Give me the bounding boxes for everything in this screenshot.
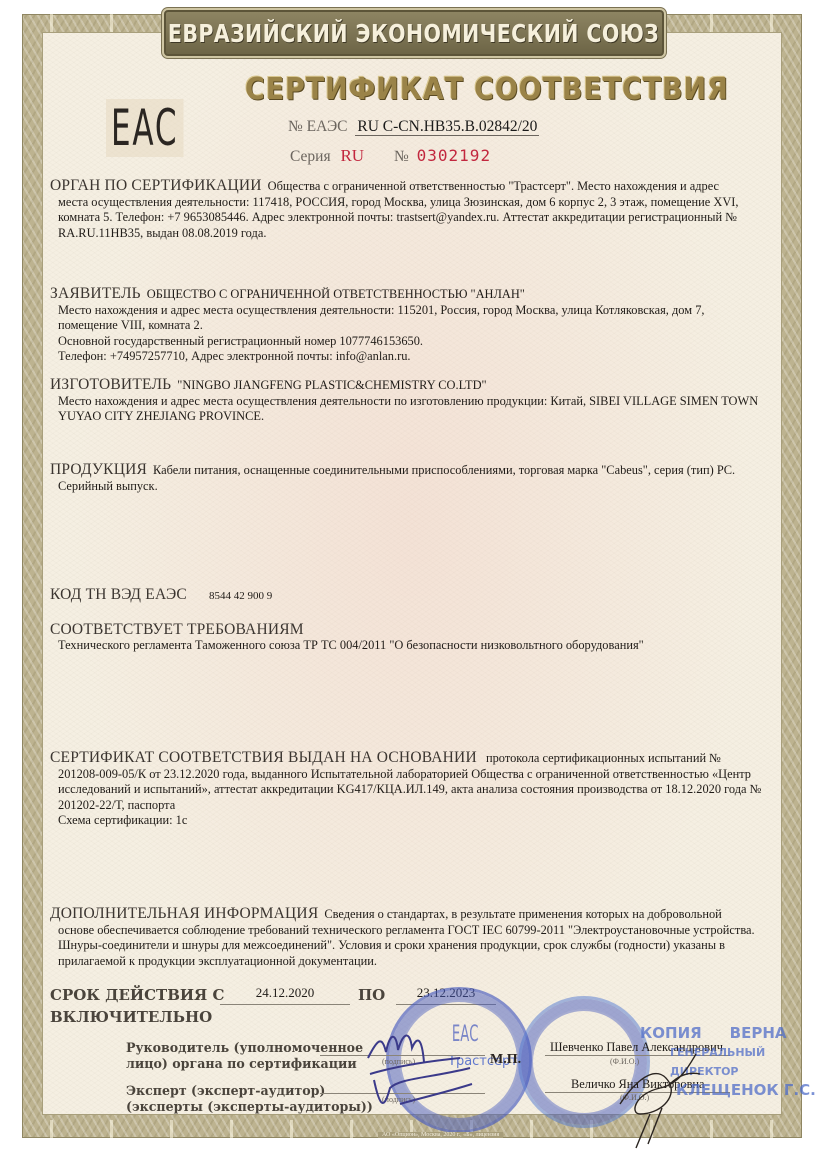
product-production: Серийный выпуск. bbox=[50, 479, 762, 495]
certification-body-text: места осуществления деятельности: 117418… bbox=[50, 195, 762, 242]
applicant-section: ЗАЯВИТЕЛЬОБЩЕСТВО С ОГРАНИЧЕННОЙ ОТВЕТСТ… bbox=[50, 286, 762, 365]
additional-info-section: ДОПОЛНИТЕЛЬНАЯ ИНФОРМАЦИЯСведения о стан… bbox=[50, 906, 762, 969]
head-signature-icon bbox=[360, 1018, 480, 1118]
eac-logo-icon: EAC bbox=[106, 99, 183, 157]
additional-info-text: основе обеспечивается соблюдение требова… bbox=[50, 923, 762, 970]
expert-label-line-2: (эксперты (эксперты-аудиторы)) bbox=[126, 1099, 373, 1115]
union-banner: ЕВРАЗИЙСКИЙ ЭКОНОМИЧЕСКИЙ СОЮЗ bbox=[164, 10, 664, 56]
applicant-ogrn: Основной государственный регистрационный… bbox=[50, 334, 762, 350]
head-label-line-1: Руководитель (уполномоченное bbox=[126, 1040, 373, 1056]
requirements-section: СООТВЕТСТВУЕТ ТРЕБОВАНИЯМ Технического р… bbox=[50, 622, 762, 653]
applicant-contacts: Телефон: +74957257710, Адрес электронной… bbox=[50, 349, 762, 365]
signature-labels: Руководитель (уполномоченное лицо) орган… bbox=[126, 1040, 373, 1115]
basis-text-first: протокола сертификационных испытаний № bbox=[486, 751, 721, 765]
manufacturer-heading: ИЗГОТОВИТЕЛЬ bbox=[50, 376, 171, 393]
basis-section: СЕРТИФИКАТ СООТВЕТСТВИЯ ВЫДАН НА ОСНОВАН… bbox=[50, 750, 762, 829]
series-value: RU bbox=[340, 146, 364, 165]
manufacturer-section: ИЗГОТОВИТЕЛЬ"NINGBO JIANGFENG PLASTIC&CH… bbox=[50, 377, 762, 425]
hs-code-value: 8544 42 900 9 bbox=[209, 590, 272, 602]
applicant-address: Место нахождения и адрес места осуществл… bbox=[50, 303, 762, 334]
basis-heading: СЕРТИФИКАТ СООТВЕТСТВИЯ ВЫДАН НА ОСНОВАН… bbox=[50, 749, 477, 766]
applicant-name: ОБЩЕСТВО С ОГРАНИЧЕННОЙ ОТВЕТСТВЕННОСТЬЮ… bbox=[147, 287, 525, 301]
seal-place-label: М.П. bbox=[490, 1052, 521, 1068]
product-description: Кабели питания, оснащенные соединительны… bbox=[153, 463, 735, 477]
certification-body-heading: ОРГАН ПО СЕРТИФИКАЦИИ bbox=[50, 177, 262, 194]
expert-signature-icon bbox=[600, 1044, 710, 1154]
hs-code-heading: КОД ТН ВЭД ЕАЭС bbox=[50, 586, 187, 603]
blank-number-label: № bbox=[394, 148, 409, 165]
validity-to-label: ПО bbox=[358, 984, 385, 1006]
copy-stamp-word-1: КОПИЯ bbox=[640, 1024, 702, 1042]
certification-body-text-first: Общества с ограниченной ответственностью… bbox=[268, 179, 719, 193]
head-label-line-2: лицо) органа по сертификации bbox=[126, 1056, 373, 1072]
manufacturer-address: Место нахождения и адрес места осуществл… bbox=[50, 394, 762, 425]
registration-number: RU С-CN.НВ35.В.02842/20 bbox=[355, 118, 539, 136]
registration-label: № ЕАЭС bbox=[288, 118, 348, 135]
union-name: ЕВРАЗИЙСКИЙ ЭКОНОМИЧЕСКИЙ СОЮЗ bbox=[168, 19, 659, 48]
requirements-heading: СООТВЕТСТВУЕТ ТРЕБОВАНИЯМ bbox=[50, 622, 756, 638]
printer-mark: АО «Опцион», Москва, 2020 г., «Б», лицен… bbox=[378, 1132, 503, 1138]
product-section: ПРОДУКЦИЯКабели питания, оснащенные соед… bbox=[50, 462, 762, 494]
manufacturer-name: "NINGBO JIANGFENG PLASTIC&CHEMISTRY CO.L… bbox=[177, 378, 486, 392]
series-line: Серия RU № 0302192 bbox=[290, 146, 491, 166]
certification-body-section: ОРГАН ПО СЕРТИФИКАЦИИОбщества с ограниче… bbox=[50, 178, 762, 241]
applicant-heading: ЗАЯВИТЕЛЬ bbox=[50, 285, 141, 302]
expert-label-line-1: Эксперт (эксперт-аудитор) bbox=[126, 1083, 373, 1099]
product-heading: ПРОДУКЦИЯ bbox=[50, 461, 147, 478]
series-label: Серия bbox=[290, 148, 331, 165]
additional-info-text-first: Сведения о стандартах, в результате прим… bbox=[324, 907, 721, 921]
certification-scheme: Схема сертификации: 1с bbox=[50, 813, 762, 829]
copy-stamp-word-2: ВЕРНА bbox=[730, 1024, 787, 1042]
additional-info-heading: ДОПОЛНИТЕЛЬНАЯ ИНФОРМАЦИЯ bbox=[50, 905, 318, 922]
document-title: СЕРТИФИКАТ СООТВЕТСТВИЯ bbox=[245, 72, 587, 107]
requirements-text: Технического регламента Таможенного союз… bbox=[50, 638, 762, 654]
validity-from-date: 24.12.2020 bbox=[220, 982, 350, 1005]
basis-text: 201208-009-05/К от 23.12.2020 года, выда… bbox=[50, 767, 762, 814]
blank-number-value: 0302192 bbox=[417, 146, 491, 165]
hs-code-section: КОД ТН ВЭД ЕАЭС8544 42 900 9 bbox=[50, 587, 762, 605]
registration-number-line: № ЕАЭС RU С-CN.НВ35.В.02842/20 bbox=[288, 118, 539, 136]
